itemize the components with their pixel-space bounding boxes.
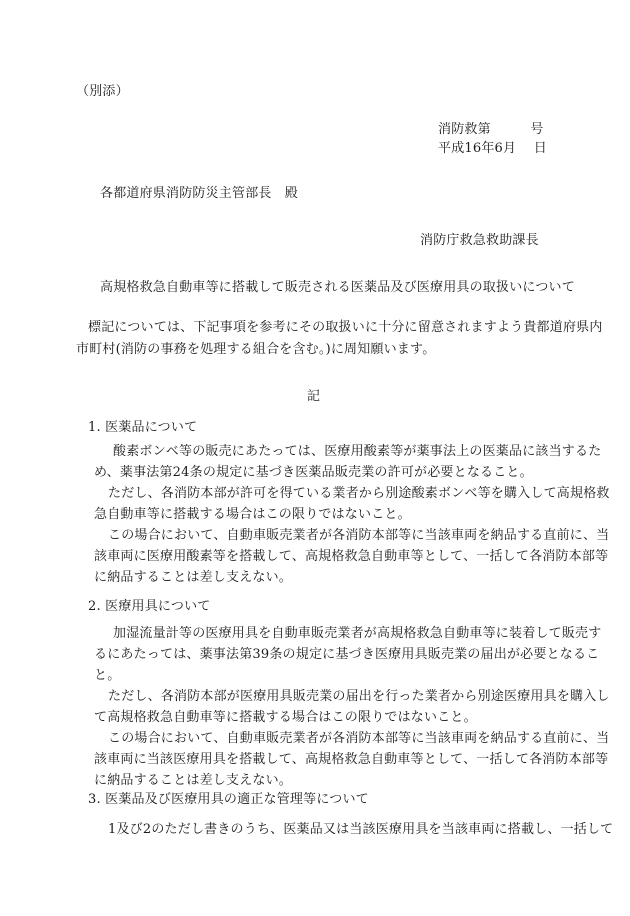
section-line: るにあたっては、薬事法第39条の規定に基づき医療用具販売業の届出が必要となるこ xyxy=(94,647,599,663)
section-line: ただし、各消防本部が医療用具販売業の届出を行った業者から別途医療用具を購入し xyxy=(108,689,610,705)
sender: 消防庁救急救助課長 xyxy=(420,233,539,249)
document-page: （別添） 消防救第 号 平成16年6月 日 各都道府県消防防災主管部長 殿 消防… xyxy=(0,0,630,916)
section-heading: 3. 医薬品及び医療用具の適正な管理等について xyxy=(88,792,369,808)
section-line: この場合において、自動車販売業者が各消防本部等に当該車両を納品する直前に、当 xyxy=(108,528,609,544)
intro-line: 市町村(消防の事務を処理する組合を含む。)に周知願います。 xyxy=(76,342,435,358)
ki-heading: 記 xyxy=(307,389,320,405)
section-line: 酸素ボンベ等の販売にあたっては、医療用酸素等が薬事法上の医薬品に該当するた xyxy=(113,444,601,460)
section-line: 1及び2のただし書きのうち、医薬品又は当該医療用具を当該車両に搭載し、一括して xyxy=(108,822,613,838)
section-heading: 2. 医療用具について xyxy=(88,599,210,615)
subject-title: 高規格救急自動車等に搭載して販売される医薬品及び医療用具の取扱いについて xyxy=(100,280,575,296)
section-line: に納品することは差し支えない。 xyxy=(94,773,292,789)
intro-line: 標記については、下記事項を参考にその取扱いに十分に留意されますよう貴都道府県内 xyxy=(88,320,603,336)
section-line: ただし、各消防本部が許可を得ている業者から別途酸素ボンベ等を購入して高規格救 xyxy=(108,486,610,502)
document-date: 平成16年6月 日 xyxy=(438,141,547,157)
section-line: 該車両に医療用酸素等を搭載して、高規格救急自動車等として、一括して各消防本部等 xyxy=(94,549,608,565)
section-line: め、薬事法第24条の規定に基づき医薬品販売業の許可が必要となること。 xyxy=(94,465,533,481)
addressee: 各都道府県消防防災主管部長 殿 xyxy=(100,186,298,202)
section-line: 急自動車等に搭載する場合はこの限りではないこと。 xyxy=(94,507,411,523)
section-line: に納品することは差し支えない。 xyxy=(94,570,292,586)
section-line: 該車両に当該医療用具を搭載して、高規格救急自動車等として、一括して各消防本部等 xyxy=(94,752,608,768)
section-line: て高規格救急自動車等に搭載する場合はこの限りではないこと。 xyxy=(94,710,477,726)
section-line: と。 xyxy=(94,668,120,684)
section-heading: 1. 医薬品について xyxy=(88,420,197,436)
section-line: この場合において、自動車販売業者が各消防本部等に当該車両を納品する直前に、当 xyxy=(108,731,609,747)
section-line: 加湿流量計等の医療用具を自動車販売業者が高規格救急自動車等に装着して販売す xyxy=(113,626,601,642)
document-number: 消防救第 号 xyxy=(438,122,544,138)
attachment-label: （別添） xyxy=(76,84,129,100)
